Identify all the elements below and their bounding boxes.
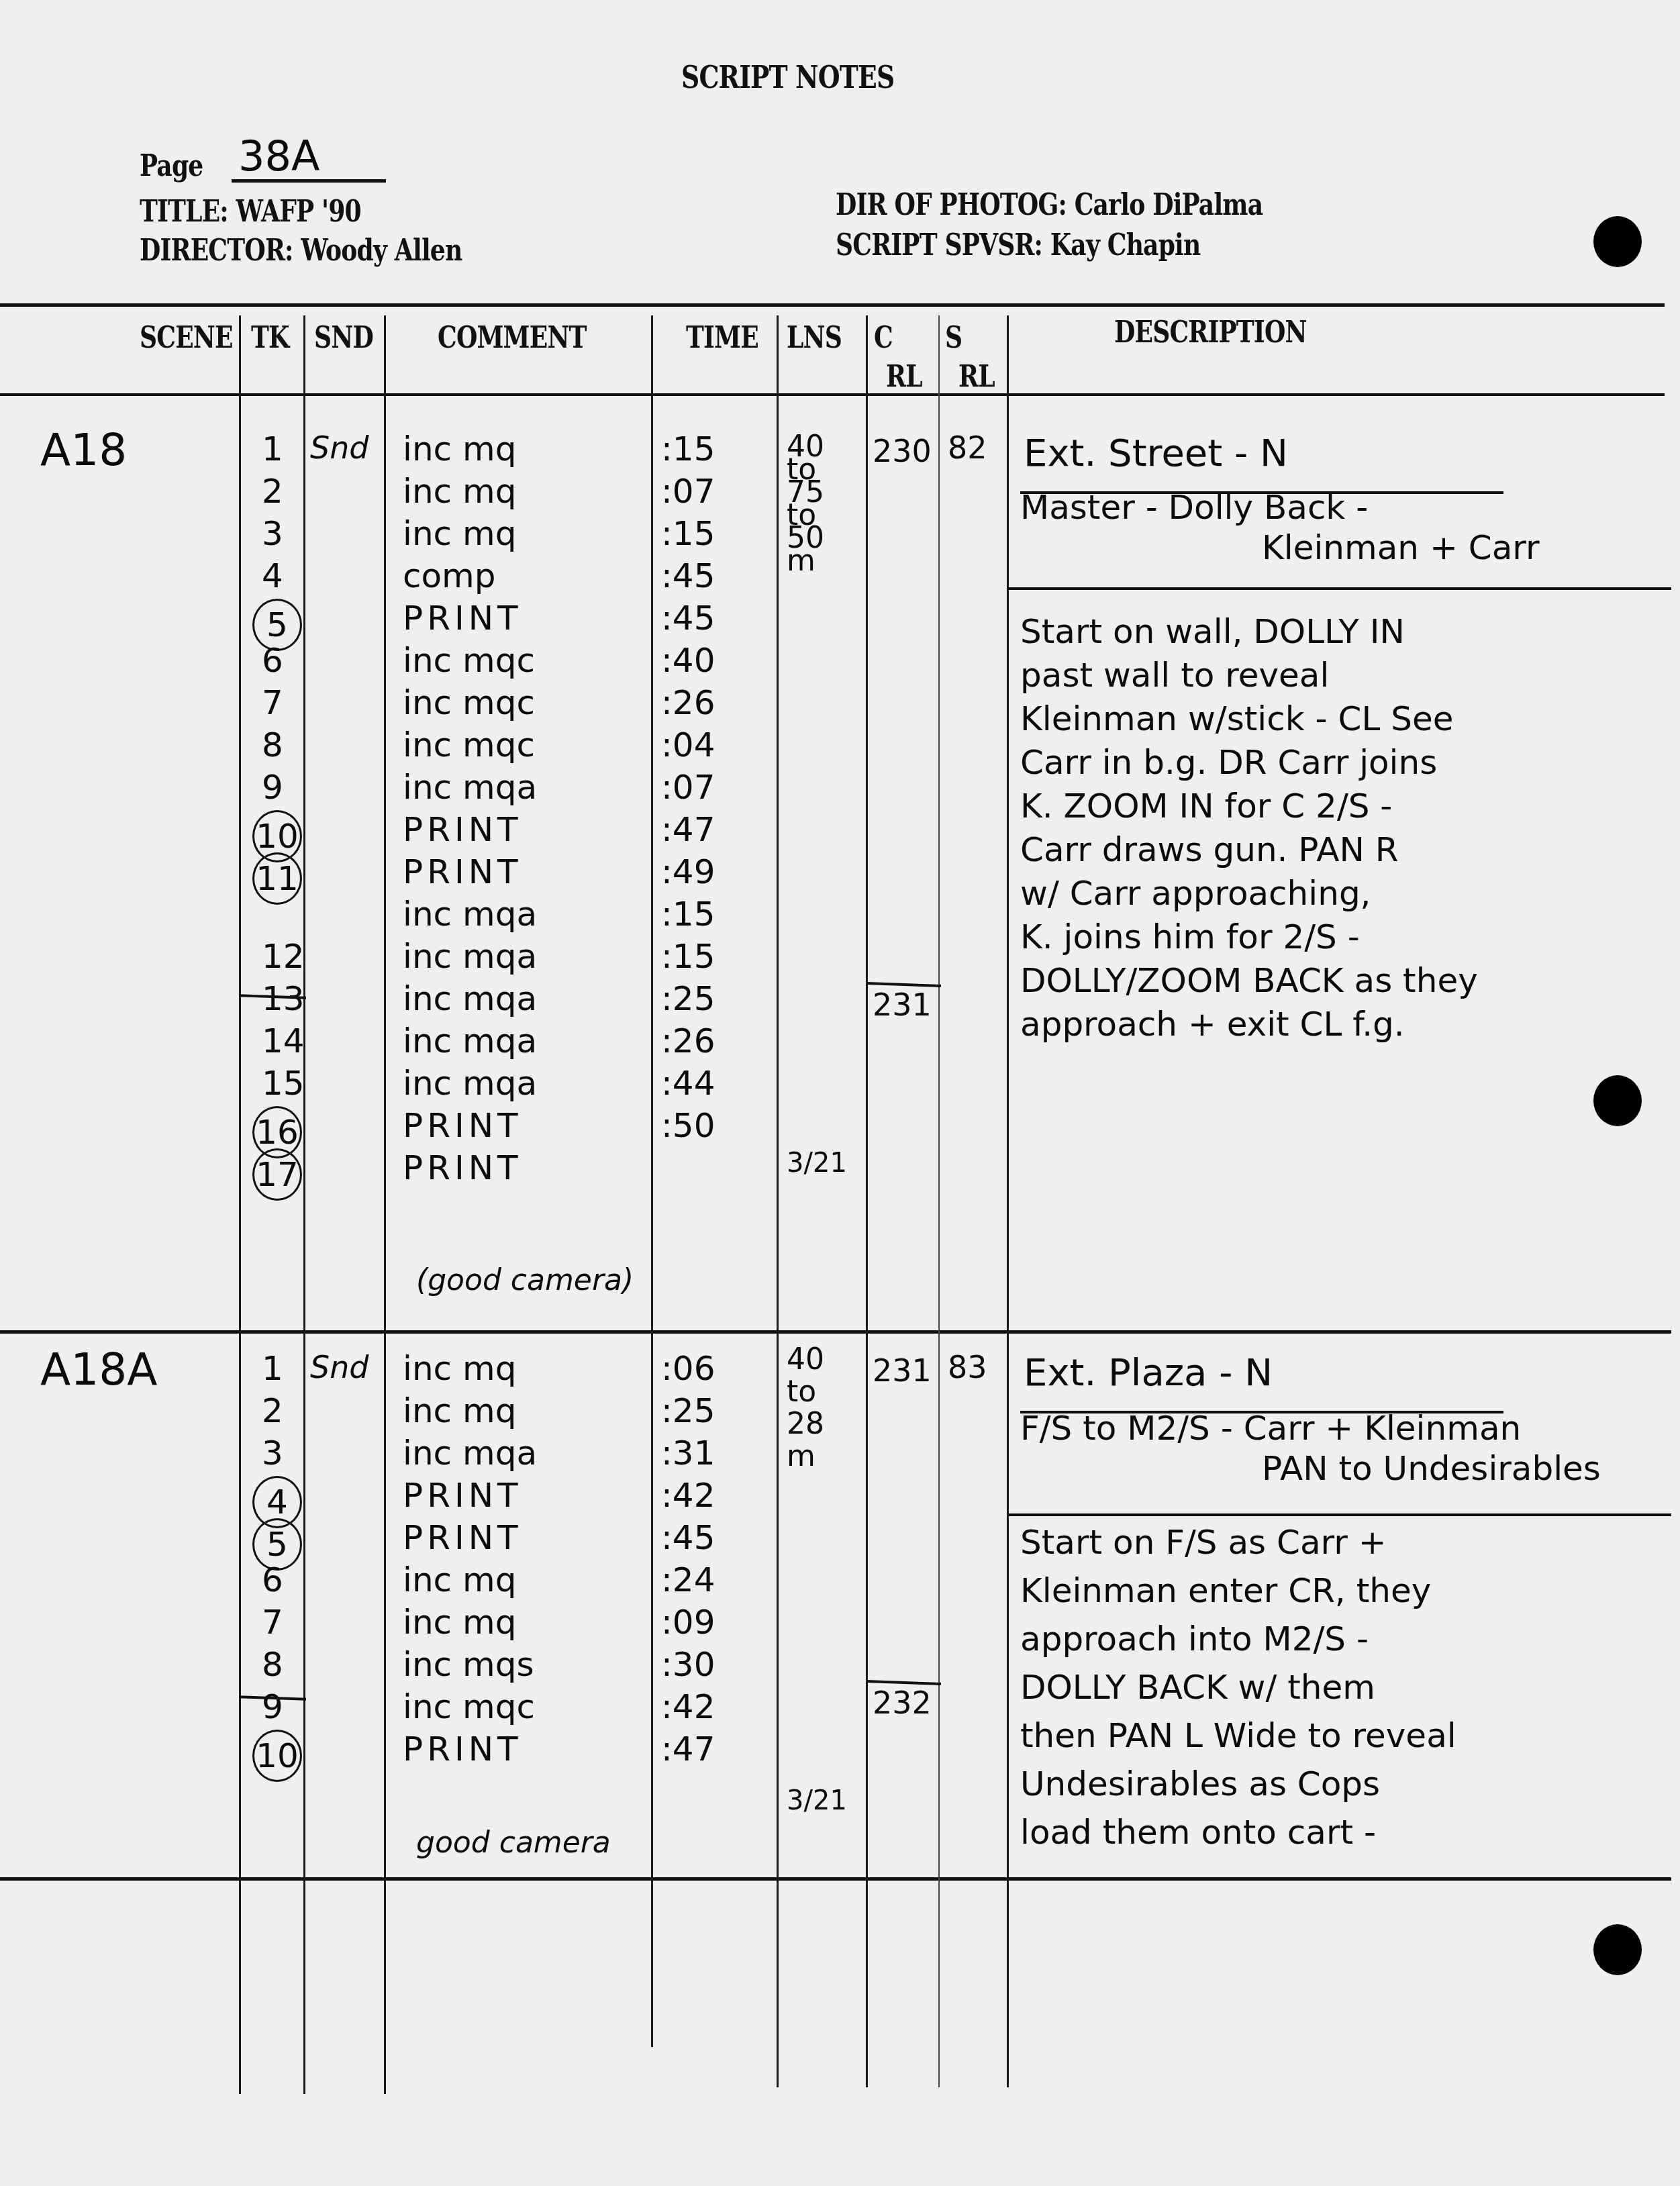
sound-roll: 83 (948, 1349, 987, 1385)
take-time: :25 (661, 979, 715, 1018)
take-comment: inc mqc (403, 1687, 535, 1726)
col-header-snd: SND (314, 321, 373, 355)
take-number: 7 (262, 1603, 283, 1642)
take-comment: PRINT (403, 1518, 522, 1557)
dop-value: Carlo DiPalma (1075, 188, 1263, 222)
take-number: 2 (262, 472, 283, 511)
col-header-lns: LNS (787, 321, 842, 355)
director-field: DIRECTOR: Woody Allen (140, 234, 462, 268)
take-time: :15 (661, 895, 715, 934)
director-value: Woody Allen (301, 234, 462, 268)
col-divider-time-lns (777, 315, 779, 2087)
col-header-comment: COMMENT (438, 321, 587, 355)
take-time: :45 (661, 556, 715, 595)
take-time: :45 (661, 1518, 715, 1557)
footnote-comment: good camera (416, 1826, 611, 1860)
take-time: :15 (661, 430, 715, 468)
col-divider-snd-comment (384, 315, 386, 2094)
take-number: 9 (262, 1687, 283, 1726)
description-slug: Ext. Street - N (1024, 430, 1288, 478)
description-action-line: Start on wall, DOLLY IN (1020, 607, 1405, 656)
take-number: 2 (262, 1391, 283, 1430)
take-number-text: 3 (262, 514, 283, 553)
table-top-rule (0, 303, 1665, 307)
spvsr-value: Kay Chapin (1050, 228, 1201, 262)
take-number: 6 (262, 641, 283, 680)
take-time: :50 (661, 1106, 715, 1145)
take-number-text: 2 (262, 1391, 283, 1430)
take-number: 9 (262, 768, 283, 807)
scene-number: A18 (40, 424, 127, 476)
take-number: 1 (262, 430, 283, 468)
description-action-line: approach into M2/S - (1020, 1615, 1369, 1663)
title-value: WAFP '90 (236, 195, 361, 229)
circled-take-number: 17 (252, 1148, 302, 1201)
take-comment: PRINT (403, 1148, 522, 1187)
description-action-line: Undesirables as Cops (1020, 1760, 1380, 1808)
lens-value: m (787, 1439, 816, 1473)
spvsr-label: SCRIPT SPVSR: (836, 228, 1042, 262)
script-supervisor-field: SCRIPT SPVSR: Kay Chapin (836, 228, 1200, 262)
take-comment: inc mqa (403, 1434, 537, 1473)
take-comment: inc mqa (403, 768, 537, 807)
take-time: :44 (661, 1064, 715, 1103)
page-underline (232, 179, 386, 183)
sound-status: Snd (310, 430, 369, 466)
take-time: :42 (661, 1687, 715, 1726)
take-time: :09 (661, 1603, 715, 1642)
take-time: :30 (661, 1645, 715, 1684)
desc-rule-a18a (1007, 1513, 1671, 1516)
form-title: SCRIPT NOTES (681, 59, 894, 95)
sound-roll: 82 (948, 430, 987, 466)
description-action-line: past wall to reveal (1020, 651, 1329, 699)
take-time: :31 (661, 1434, 715, 1473)
take-comment: PRINT (403, 1476, 522, 1515)
take-number: 17 (262, 1148, 302, 1201)
camera-roll: 231 (873, 1352, 932, 1389)
description-action-line: then PAN L Wide to reveal (1020, 1711, 1456, 1760)
lens-value: 40 (787, 1342, 824, 1377)
col-divider-scene-tk (239, 315, 241, 2094)
take-number-text: 7 (262, 1603, 283, 1642)
take-time: :26 (661, 683, 715, 722)
description-action-line: approach + exit CL f.g. (1020, 1000, 1405, 1048)
take-time: :40 (661, 641, 715, 680)
lens-value: 28 (787, 1407, 824, 1441)
take-number: 10 (262, 1730, 302, 1782)
punch-hole-middle (1593, 1075, 1642, 1126)
take-number: 11 (262, 852, 302, 905)
take-number: 7 (262, 683, 283, 722)
take-number-text: 12 (262, 937, 305, 976)
take-time: :15 (661, 937, 715, 976)
col-header-scene: SCENE (140, 321, 233, 355)
col-divider-tk-snd (303, 315, 305, 2094)
take-number-text: 6 (262, 1560, 283, 1599)
take-comment: PRINT (403, 810, 522, 849)
take-time: :25 (661, 1391, 715, 1430)
description-action-line: w/ Carr approaching, (1020, 869, 1371, 917)
take-time: :47 (661, 1730, 715, 1769)
take-comment: inc mqa (403, 895, 537, 934)
camera-roll: 231 (873, 987, 932, 1023)
circled-take-number: 11 (252, 852, 302, 905)
take-time: :07 (661, 768, 715, 807)
scene-divider-rule (0, 1330, 1671, 1334)
take-number-text: 9 (262, 1687, 283, 1726)
take-time: :24 (661, 1560, 715, 1599)
description-action-line: Kleinman enter CR, they (1020, 1567, 1431, 1615)
take-comment: inc mqc (403, 641, 535, 680)
take-comment: inc mqc (403, 683, 535, 722)
take-number-text: 4 (262, 556, 283, 595)
take-comment: inc mq (403, 1603, 516, 1642)
take-comment: inc mqa (403, 1022, 537, 1060)
title-label: TITLE: (140, 195, 228, 229)
punch-hole-top (1593, 216, 1642, 267)
col-header-c-rl: RL (886, 360, 922, 394)
take-comment: comp (403, 556, 496, 595)
take-comment: inc mq (403, 1391, 516, 1430)
header-bottom-rule (0, 393, 1665, 396)
description-action-line: Carr in b.g. DR Carr joins (1020, 738, 1437, 787)
dop-field: DIR OF PHOTOG: Carlo DiPalma (836, 188, 1263, 222)
take-comment: PRINT (403, 599, 522, 638)
punch-hole-bottom (1593, 1924, 1642, 1975)
take-comment: inc mq (403, 1560, 516, 1599)
lens-fraction: 3/21 (787, 1785, 847, 1816)
col-header-s: S (945, 321, 962, 355)
description-setup: PAN to Undesirables (1262, 1444, 1601, 1493)
description-action-line: load them onto cart - (1020, 1808, 1376, 1856)
lens-value: m (787, 544, 816, 578)
take-number-text: 2 (262, 472, 283, 511)
take-number-text: 9 (262, 768, 283, 807)
desc-rule-a18 (1007, 587, 1671, 590)
take-comment: inc mq (403, 1349, 516, 1388)
take-comment: inc mqa (403, 979, 537, 1018)
take-time: :45 (661, 599, 715, 638)
take-comment: inc mqa (403, 1064, 537, 1103)
take-number-text: 1 (262, 1349, 283, 1388)
take-number: 3 (262, 514, 283, 553)
take-number-text: 15 (262, 1064, 305, 1103)
take-number: 1 (262, 1349, 283, 1388)
description-action-line: K. ZOOM IN for C 2/S - (1020, 782, 1392, 830)
col-header-s-rl: RL (958, 360, 995, 394)
take-number: 8 (262, 1645, 283, 1684)
col-header-c: C (874, 321, 893, 355)
col-header-tk: TK (251, 321, 289, 355)
description-slug: Ext. Plaza - N (1024, 1349, 1273, 1397)
take-time: :42 (661, 1476, 715, 1515)
take-comment: inc mq (403, 514, 516, 553)
title-field: TITLE: WAFP '90 (140, 195, 361, 229)
description-action-line: DOLLY BACK w/ them (1020, 1663, 1375, 1711)
col-divider-s-desc (1007, 315, 1009, 2087)
take-number-text: 3 (262, 1434, 283, 1473)
take-comment: inc mq (403, 430, 516, 468)
take-time: :49 (661, 852, 715, 891)
take-number-text: 8 (262, 1645, 283, 1684)
take-comment: inc mqc (403, 726, 535, 764)
take-comment: inc mqs (403, 1645, 534, 1684)
take-number-text: 14 (262, 1022, 305, 1060)
take-comment: PRINT (403, 852, 522, 891)
description-action-line: K. joins him for 2/S - (1020, 913, 1360, 961)
take-comment: PRINT (403, 1106, 522, 1145)
take-time: :26 (661, 1022, 715, 1060)
take-number: 12 (262, 937, 305, 976)
description-action-line: DOLLY/ZOOM BACK as they (1020, 956, 1478, 1005)
circled-take-number: 10 (252, 1730, 302, 1782)
col-header-time: TIME (686, 321, 758, 355)
take-time: :06 (661, 1349, 715, 1388)
camera-roll: 230 (873, 433, 932, 469)
take-comment: inc mq (403, 472, 516, 511)
take-number-text: 7 (262, 683, 283, 722)
col-header-description: DESCRIPTION (1114, 315, 1307, 350)
dop-label: DIR OF PHOTOG: (836, 188, 1067, 222)
col-divider-lns-c (866, 315, 868, 2087)
take-comment: PRINT (403, 1730, 522, 1769)
lens-fraction: 3/21 (787, 1148, 847, 1179)
sound-status: Snd (310, 1349, 369, 1385)
take-time: :04 (661, 726, 715, 764)
lens-value: to (787, 1375, 816, 1409)
page-number: 38A (238, 132, 319, 181)
take-number-text: 1 (262, 430, 283, 468)
footnote-comment: (good camera) (416, 1263, 634, 1297)
take-comment: inc mqa (403, 937, 537, 976)
take-number: 3 (262, 1434, 283, 1473)
take-number: 14 (262, 1022, 305, 1060)
take-time: :47 (661, 810, 715, 849)
take-number-text: 6 (262, 641, 283, 680)
scene-bottom-rule (0, 1877, 1671, 1881)
director-label: DIRECTOR: (140, 234, 293, 268)
scene-number: A18A (40, 1344, 157, 1395)
take-number: 8 (262, 726, 283, 764)
description-setup: Kleinman + Carr (1262, 524, 1540, 572)
take-number: 4 (262, 556, 283, 595)
take-number: 6 (262, 1560, 283, 1599)
take-number: 15 (262, 1064, 305, 1103)
description-action-line: Start on F/S as Carr + (1020, 1518, 1387, 1567)
col-divider-comment-time (651, 315, 653, 2047)
description-action-line: Carr draws gun. PAN R (1020, 826, 1399, 874)
take-time: :07 (661, 472, 715, 511)
description-action-line: Kleinman w/stick - CL See (1020, 695, 1453, 743)
camera-roll: 232 (873, 1685, 932, 1721)
take-number-text: 8 (262, 726, 283, 764)
col-divider-c-s (938, 315, 940, 2087)
take-time: :15 (661, 514, 715, 553)
page-label: Page (140, 149, 203, 183)
